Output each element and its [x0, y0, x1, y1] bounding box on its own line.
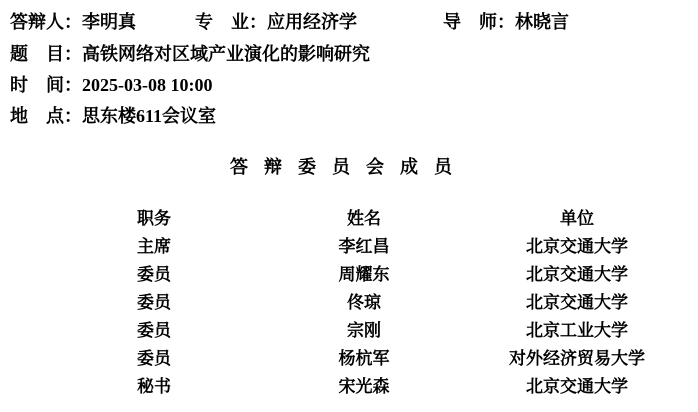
member-affiliation: 对外经济贸易大学 [478, 344, 676, 369]
table-row: 秘书 宋光森 北京交通大学 [58, 370, 698, 398]
topic-label: 题 目： [10, 44, 82, 64]
topic-line: 题 目：高铁网络对区域产业演化的影响研究 [10, 44, 370, 64]
major-label: 专 业： [195, 12, 267, 32]
member-role: 委员 [58, 288, 250, 313]
table-header-row: 职务 姓名 单位 [58, 202, 698, 230]
member-affiliation: 北京交通大学 [478, 372, 676, 397]
major-line: 专 业：应用经济学 [195, 12, 357, 32]
location-value: 思东楼611会议室 [82, 106, 216, 126]
member-role: 委员 [58, 260, 250, 285]
table-row: 主席 李红昌 北京交通大学 [58, 230, 698, 258]
advisor-label: 导 师： [443, 12, 515, 32]
time-label: 时 间： [10, 75, 82, 95]
advisor-line: 导 师：林晓言 [443, 12, 569, 32]
table-row: 委员 周耀东 北京交通大学 [58, 258, 698, 286]
time-value: 2025-03-08 10:00 [82, 75, 212, 95]
member-name: 周耀东 [250, 260, 478, 285]
time-line: 时 间：2025-03-08 10:00 [10, 75, 212, 95]
member-role: 委员 [58, 344, 250, 369]
table-row: 委员 杨杭军 对外经济贸易大学 [58, 342, 698, 370]
member-affiliation: 北京交通大学 [478, 260, 676, 285]
column-header-name: 姓名 [250, 204, 478, 229]
member-role: 委员 [58, 316, 250, 341]
member-role: 秘书 [58, 372, 250, 397]
member-affiliation: 北京交通大学 [478, 232, 676, 257]
member-name: 佟琼 [250, 288, 478, 313]
table-row: 委员 佟琼 北京交通大学 [58, 286, 698, 314]
member-affiliation: 北京交通大学 [478, 288, 676, 313]
column-header-role: 职务 [58, 204, 250, 229]
committee-table: 职务 姓名 单位 主席 李红昌 北京交通大学 委员 周耀东 北京交通大学 委员 … [58, 202, 698, 398]
defender-value: 李明真 [82, 12, 136, 32]
location-label: 地 点： [10, 106, 82, 126]
member-name: 杨杭军 [250, 344, 478, 369]
defender-line: 答辩人：李明真 [10, 12, 136, 32]
defender-label: 答辩人： [10, 12, 82, 32]
member-role: 主席 [58, 232, 250, 257]
column-header-affiliation: 单位 [478, 204, 676, 229]
location-line: 地 点：思东楼611会议室 [10, 106, 216, 126]
major-value: 应用经济学 [267, 12, 357, 32]
topic-value: 高铁网络对区域产业演化的影响研究 [82, 44, 370, 64]
committee-title: 答辩委员会成员 [0, 156, 698, 178]
table-row: 委员 宗刚 北京工业大学 [58, 314, 698, 342]
member-affiliation: 北京工业大学 [478, 316, 676, 341]
member-name: 李红昌 [250, 232, 478, 257]
member-name: 宋光森 [250, 372, 478, 397]
advisor-value: 林晓言 [515, 12, 569, 32]
member-name: 宗刚 [250, 316, 478, 341]
